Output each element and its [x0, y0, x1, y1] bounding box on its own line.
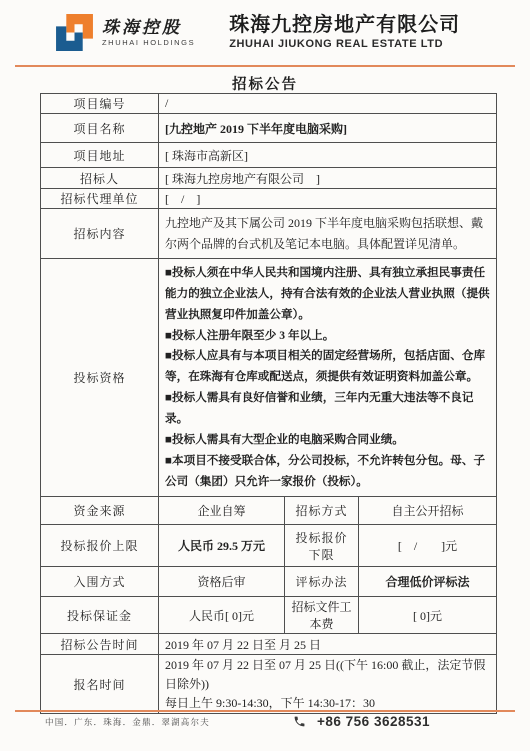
tender-content-value: 九控地产及其下属公司 2019 下半年度电脑采购包括联想、戴尔两个品牌的台式机及… [159, 209, 497, 259]
zhuhai-holdings-logo-icon [54, 12, 95, 53]
qualification-bullet: ■投标人需具有良好信誉和业绩，三年内无重大违法等不良记录。 [165, 388, 490, 430]
method-value: 自主公开招标 [359, 497, 497, 525]
tender-announcement-page: 珠海控股 ZHUHAI HOLDINGS 珠海九控房地产有限公司 ZHUHAI … [0, 0, 530, 751]
table-row: 入围方式 资格后审 评标办法 合理低价评标法 [41, 567, 497, 597]
document-title: 招标公告 [0, 73, 530, 94]
evaluation-value: 合理低价评标法 [359, 567, 497, 597]
header-divider [15, 65, 515, 67]
tender-content-label: 招标内容 [41, 209, 159, 259]
footer-divider [15, 710, 515, 712]
funding-value: 企业自筹 [159, 497, 285, 525]
footer-address: 中国．广东．珠海．金鼎．翠湖高尔夫 [45, 716, 210, 728]
brand-text: 珠海控股 ZHUHAI HOLDINGS [102, 19, 195, 47]
announce-time-value: 2019 年 07 月 22 日至 月 25 日 [159, 634, 497, 655]
page-header: 珠海控股 ZHUHAI HOLDINGS 珠海九控房地产有限公司 ZHUHAI … [0, 0, 530, 65]
announce-time-label: 招标公告时间 [41, 634, 159, 655]
table-row: 项目名称 [九控地产 2019 下半年度电脑采购] [41, 114, 497, 143]
signup-time-value: 2019 年 07 月 22 日至 07 月 25 日((下午 16:00 截止… [159, 655, 497, 714]
table-row: 资金来源 企业自筹 招标方式 自主公开招标 [41, 497, 497, 525]
price-floor-value: [ / ]元 [359, 525, 497, 567]
doc-fee-value: [ 0]元 [359, 597, 497, 634]
company-name-cn: 珠海九控房地产有限公司 [229, 14, 460, 36]
tenderee-label: 招标人 [41, 168, 159, 189]
agency-label: 招标代理单位 [41, 189, 159, 209]
deposit-label: 投标保证金 [41, 597, 159, 634]
tender-content-text: 九控地产及其下属公司 2019 下半年度电脑采购包括联想、戴尔两个品牌的台式机及… [165, 213, 490, 254]
footer-phone-number: +86 756 3628531 [317, 714, 430, 729]
agency-value: [ / ] [159, 189, 497, 209]
qualification-value: ■投标人须在中华人民共和国境内注册、具有独立承担民事责任能力的独立企业法人，持有… [159, 259, 497, 497]
table-row: 投标资格 ■投标人须在中华人民共和国境内注册、具有独立承担民事责任能力的独立企业… [41, 259, 497, 497]
deposit-value: 人民币[ 0]元 [159, 597, 285, 634]
qualification-bullet: ■投标人应具有与本项目相关的固定经营场所，包括店面、仓库等，在珠海有仓库或配送点… [165, 346, 490, 388]
qualification-bullet: ■本项目不接受联合体，分公司投标，不允许转包分包。母、子公司（集团）只允许一家报… [165, 451, 490, 493]
phone-icon [293, 715, 306, 728]
table-row: 项目编号 / [41, 94, 497, 114]
method-label: 招标方式 [285, 497, 359, 525]
signup-time-line: 2019 年 07 月 22 日至 07 月 25 日((下午 16:00 截止… [165, 656, 490, 693]
qualification-bullet: ■投标人须在中华人民共和国境内注册、具有独立承担民事责任能力的独立企业法人，持有… [165, 263, 490, 326]
table-row: 项目地址 [ 珠海市高新区] [41, 143, 497, 168]
table-row: 招标内容 九控地产及其下属公司 2019 下半年度电脑采购包括联想、戴尔两个品牌… [41, 209, 497, 259]
brand-name-en: ZHUHAI HOLDINGS [102, 39, 195, 47]
price-cap-label: 投标报价上限 [41, 525, 159, 567]
doc-fee-label: 招标文件工本费 [285, 597, 359, 634]
qualification-bullet: ■投标人注册年限至少 3 年以上。 [165, 326, 490, 347]
table-row: 招标人 [ 珠海九控房地产有限公司 ] [41, 168, 497, 189]
project-name-label: 项目名称 [41, 114, 159, 143]
funding-label: 资金来源 [41, 497, 159, 525]
brand-name-cn: 珠海控股 [102, 19, 195, 36]
project-address-label: 项目地址 [41, 143, 159, 168]
project-address-value: [ 珠海市高新区] [159, 143, 497, 168]
project-name-value: [九控地产 2019 下半年度电脑采购] [159, 114, 497, 143]
shortlist-label: 入围方式 [41, 567, 159, 597]
tender-info-table: 项目编号 / 项目名称 [九控地产 2019 下半年度电脑采购] 项目地址 [ … [40, 93, 497, 714]
project-no-label: 项目编号 [41, 94, 159, 114]
footer-phone: +86 756 3628531 [293, 714, 430, 729]
page-footer: 中国．广东．珠海．金鼎．翠湖高尔夫 +86 756 3628531 [0, 714, 530, 729]
table-row: 招标代理单位 [ / ] [41, 189, 497, 209]
company-name-en: ZHUHAI JIUKONG REAL ESTATE LTD [229, 38, 460, 50]
tenderee-value: [ 珠海九控房地产有限公司 ] [159, 168, 497, 189]
table-row: 投标保证金 人民币[ 0]元 招标文件工本费 [ 0]元 [41, 597, 497, 634]
price-cap-value: 人民币 29.5 万元 [159, 525, 285, 567]
table-row: 招标公告时间 2019 年 07 月 22 日至 月 25 日 [41, 634, 497, 655]
qualification-label: 投标资格 [41, 259, 159, 497]
qualification-bullet: ■投标人需具有大型企业的电脑采购合同业绩。 [165, 430, 490, 451]
company-name-block: 珠海九控房地产有限公司 ZHUHAI JIUKONG REAL ESTATE L… [229, 14, 460, 50]
price-floor-label: 投标报价下限 [285, 525, 359, 567]
signup-time-label: 报名时间 [41, 655, 159, 714]
zhuhai-holdings-logo: 珠海控股 ZHUHAI HOLDINGS [54, 12, 195, 53]
shortlist-value: 资格后审 [159, 567, 285, 597]
project-no-value: / [159, 94, 497, 114]
table-row: 投标报价上限 人民币 29.5 万元 投标报价下限 [ / ]元 [41, 525, 497, 567]
evaluation-label: 评标办法 [285, 567, 359, 597]
table-row: 报名时间 2019 年 07 月 22 日至 07 月 25 日((下午 16:… [41, 655, 497, 714]
